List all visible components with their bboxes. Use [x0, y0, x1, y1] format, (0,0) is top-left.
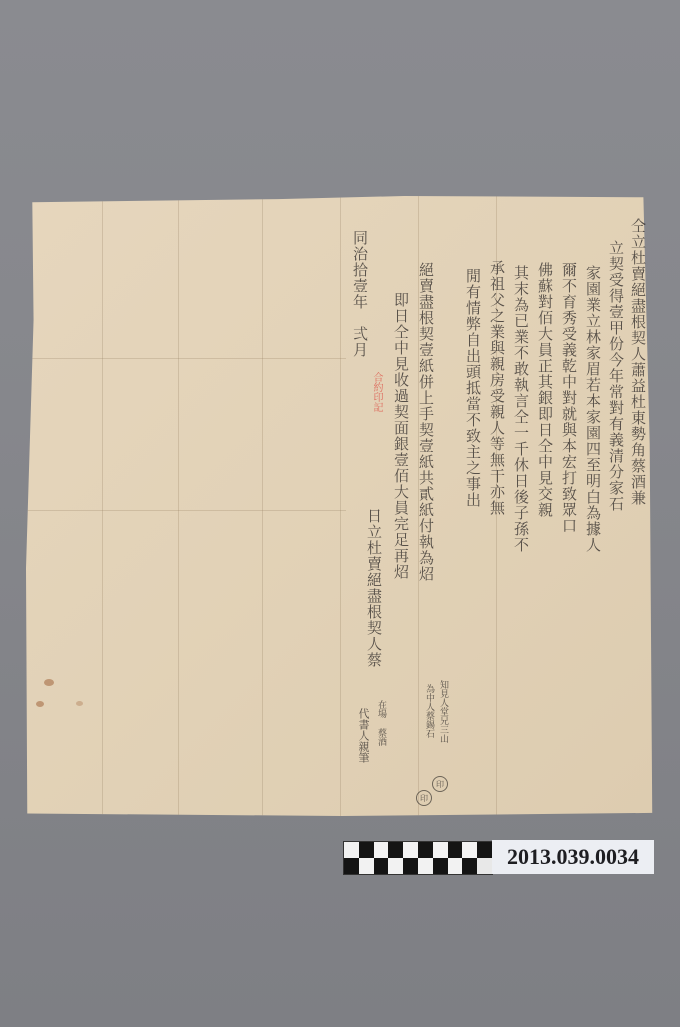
witness-2: 為中人蔡錫石 — [424, 684, 433, 738]
date-column: 同治拾壹年 弍月 — [352, 230, 367, 358]
stain — [44, 679, 54, 686]
deed-column-9: 絕賣盡根契壹紙併上手契壹紙共貳紙付執為炤 — [418, 262, 433, 582]
fold-line — [262, 196, 263, 816]
fold-line — [340, 196, 341, 816]
deed-column-3: 家園業立林家眉若本家園四至明白為據人 — [585, 265, 600, 553]
stain — [36, 701, 44, 707]
fold-line — [178, 196, 179, 816]
deed-column-5: 佛蘇對佰大員正其銀即日仝中見交親 — [537, 262, 552, 518]
red-seal: 合約印記 — [338, 372, 382, 434]
color-checker-scale — [343, 841, 493, 875]
deed-column-7: 承祖父之業與親房受親人等無干亦無 — [489, 260, 504, 516]
signatory-column: 日立杜賣絕盡根契人蔡 — [366, 508, 381, 668]
witness-1: 知見人堂兄三山 — [438, 680, 447, 743]
round-seal: 印 — [416, 790, 432, 806]
witness-3: 代書人親筆 — [358, 708, 369, 763]
deed-column-6: 其末為已業不敢執言仝一千休日後子孫不 — [513, 265, 528, 553]
fold-line — [102, 196, 103, 816]
stain — [76, 701, 83, 706]
round-seal: 印 — [432, 776, 448, 792]
deed-column-2: 立契受得壹甲份今年常對有義清分家石 — [608, 240, 623, 512]
fold-line — [26, 510, 346, 511]
deed-column-4: 爾不育秀受義乾中對就與本宏打致眾口 — [561, 262, 576, 534]
accession-number-label: 2013.039.0034 — [492, 840, 654, 874]
deed-column-1: 仝立杜賣絕盡根契人蕭益杜東勢角蔡酒兼 — [630, 218, 645, 506]
fold-line — [26, 358, 346, 359]
deed-column-8: 閒有情弊自出頭抵當不致主之事出 — [465, 268, 480, 508]
deed-column-10: 即日仝中見收過契面銀壹佰大員完足再炤 — [393, 292, 408, 580]
witness-4: 在場 蔡酒 — [376, 700, 385, 746]
